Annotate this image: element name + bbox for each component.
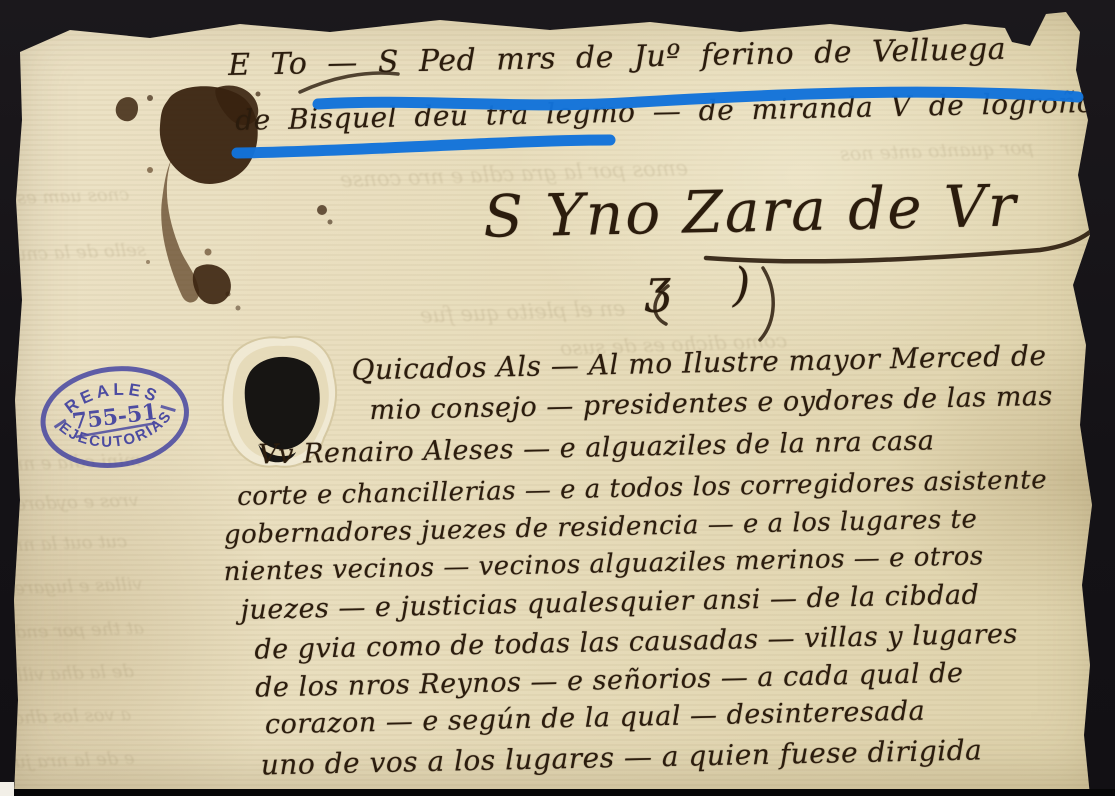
archive-stamp: REALES EJECUTORIAS 755-51 bbox=[27, 351, 202, 488]
manuscript-page: cnos uam eso sello de la cnua mini cdla … bbox=[0, 0, 1115, 796]
bottom-corner-notch bbox=[0, 782, 14, 796]
scan-background: cnos uam eso sello de la cnua mini cdla … bbox=[0, 0, 1115, 796]
bottom-scan-bar bbox=[14, 789, 1115, 796]
